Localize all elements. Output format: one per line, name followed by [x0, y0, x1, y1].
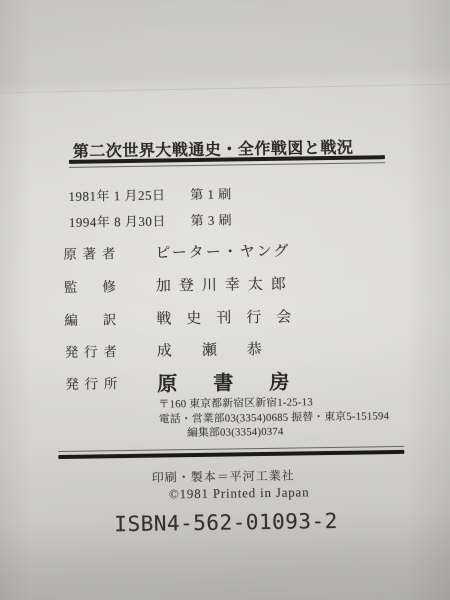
credit-value: 加登川幸太郎	[156, 273, 294, 296]
credit-row-original-author: 原著者 ピーター・ヤング	[63, 242, 115, 263]
credit-label: 発行所	[65, 372, 117, 393]
credit-row-translator: 編訳 戦史刊行会	[64, 308, 116, 329]
bottom-rule	[58, 446, 404, 459]
edition-printing: 第 3 刷	[190, 207, 232, 234]
credit-row-publishing-house: 発行所 原書房	[65, 372, 117, 393]
printer-line: 印刷・製本＝平河工業社	[152, 467, 295, 486]
copyright-line: ©1981 Printed in Japan	[169, 484, 310, 502]
credit-value: 成瀬恭	[157, 338, 292, 361]
credit-value: 原書房	[157, 365, 325, 396]
book-page-photo: 第二次世界大戦通史・全作戦図と戦況 1981年 1 月25日 第 1 刷 199…	[0, 0, 450, 600]
publisher-editorial-phone: 編集部03(3354)0374	[159, 423, 390, 441]
credit-label: 原著者	[63, 242, 115, 263]
credit-label: 監修	[64, 275, 116, 296]
credit-row-supervisor: 監修 加登川幸太郎	[64, 275, 116, 296]
credit-value: 戦史刊行会	[156, 305, 306, 328]
edition-date: 1994年 8 月30日	[69, 208, 187, 236]
colophon-page: 第二次世界大戦通史・全作戦図と戦況 1981年 1 月25日 第 1 刷 199…	[0, 0, 450, 600]
credit-label: 発行者	[65, 340, 117, 361]
edition-history: 1981年 1 月25日 第 1 刷 1994年 8 月30日 第 3 刷	[68, 181, 232, 235]
edition-printing: 第 1 刷	[190, 181, 232, 208]
credit-row-publisher-person: 発行者 成瀬恭	[65, 340, 117, 361]
credit-value: ピーター・ヤング	[155, 240, 290, 263]
isbn-number: ISBN4-562-01093-2	[114, 509, 338, 536]
publisher-address-block: 〒160 東京都新宿区新宿1-25-13 電話・営業部03(3354)0685 …	[158, 394, 389, 441]
credit-label: 編訳	[64, 308, 116, 329]
edition-date: 1981年 1 月25日	[68, 182, 186, 210]
edition-line: 1981年 1 月25日 第 1 刷	[68, 181, 232, 209]
edition-line: 1994年 8 月30日 第 3 刷	[69, 207, 233, 235]
